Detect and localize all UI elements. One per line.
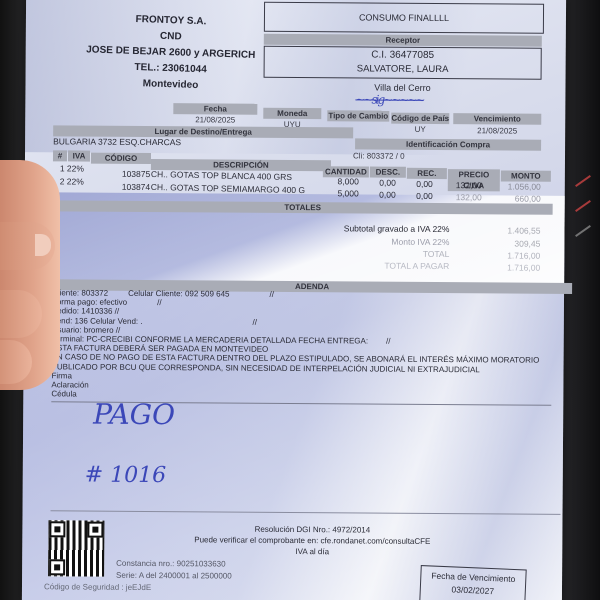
invoice-document: FRONTOY S.A. CND JOSE DE BEJAR 2600 y AR… — [22, 0, 566, 600]
vencimiento-label: Vencimiento — [453, 113, 541, 125]
adenda-sep: // — [253, 317, 258, 326]
adenda-sep: // — [269, 290, 274, 299]
totales-header: TOTALES — [53, 200, 553, 214]
col-header-n: # — [53, 150, 67, 161]
row-monto: 660,00 — [501, 193, 541, 203]
row-cantidad: 8,000 — [323, 176, 359, 186]
vencimiento-value: 21/08/2025 — [453, 126, 541, 136]
receptor-header: Receptor — [264, 34, 542, 47]
issuer-block: FRONTOY S.A. CND JOSE DE BEJAR 2600 y AR… — [65, 12, 276, 93]
fecha-value: 21/08/2025 — [173, 115, 257, 125]
signature-scribble: ~~sig~~~~~ — [355, 92, 423, 106]
adenda-sep: // — [386, 337, 391, 346]
fecha-vencimiento-label: Fecha de Vencimiento — [421, 570, 525, 584]
row-descripcion: CH.. GOTAS TOP SEMIAMARGO 400 G — [151, 182, 305, 195]
footer-divider — [51, 510, 561, 515]
compra-value: Cli: 803372 / 0 — [353, 151, 405, 160]
row-codigo: 103874 — [122, 182, 150, 192]
row-desc: 0,00 — [370, 178, 396, 188]
codigo-pais-label: Código de País — [391, 113, 449, 124]
fecha-vencimiento-value: 03/02/2027 — [421, 583, 525, 597]
adenda-sep: // — [157, 298, 162, 307]
codigo-pais-value: UY — [391, 125, 449, 134]
fecha-label: Fecha — [173, 103, 257, 115]
total-a-pagar-label: TOTAL A PAGAR — [264, 260, 449, 271]
row-precio: 132,00 — [448, 180, 482, 190]
footer-iva: IVA al día — [122, 545, 502, 559]
subtotal-label: Subtotal gravado a IVA 22% — [264, 223, 449, 234]
finger — [0, 222, 55, 270]
row-precio: 132,00 — [448, 192, 482, 202]
row-iva: 22% — [67, 163, 84, 173]
receptor-box: C.I. 36477085 SALVATORE, LAURA — [264, 46, 542, 80]
col-header-rec: REC. — [407, 168, 447, 179]
row-descripcion: CH.. GOTAS TOP BLANCA 400 GRS — [151, 169, 292, 182]
invoice-paper: FRONTOY S.A. CND JOSE DE BEJAR 2600 y AR… — [22, 0, 566, 600]
row-monto: 1.056,00 — [501, 181, 541, 191]
total-label: TOTAL — [264, 248, 449, 259]
monto-iva-value: 309,45 — [464, 238, 540, 249]
adenda-celular-cliente: Celular Cliente: 092 509 645 — [128, 289, 229, 299]
row-rec: 0,00 — [407, 179, 433, 189]
footer-codigo-seguridad: Código de Seguridad : jeEJdE — [44, 582, 151, 592]
destino-value: BULGARIA 3732 ESQ.CHARCAS — [53, 136, 181, 147]
col-header-monto: MONTO — [501, 170, 551, 181]
row-n: 2 — [60, 176, 65, 186]
tipo-cambio-label: Tipo de Cambio — [327, 110, 389, 121]
subtotal-value: 1.406,55 — [464, 225, 540, 236]
total-value: 1.716,00 — [464, 250, 540, 261]
gauge-tick-icon — [575, 175, 591, 187]
row-cantidad: 5,000 — [323, 188, 359, 198]
col-header-iva: IVA — [68, 150, 90, 161]
doc-type-box: CONSUMO FINALLLL — [264, 2, 544, 34]
gauge-tick-icon — [575, 225, 591, 237]
receptor-name: SALVATORE, LAURA — [265, 63, 541, 76]
row-rec: 0,00 — [407, 191, 433, 201]
adenda-vend: Vend: 136 Celular Vend: . — [52, 316, 143, 326]
adenda-cliente: Cliente: 803372 — [52, 288, 108, 297]
row-iva: 22% — [67, 176, 84, 186]
handwritten-pago: PAGO — [93, 398, 175, 432]
fecha-vencimiento-box: Fecha de Vencimiento 03/02/2027 — [419, 565, 526, 600]
row-n: 1 — [60, 163, 65, 173]
footer-constancia: Constancia nro.: 90251033630 — [116, 559, 225, 569]
total-a-pagar-value: 1.716,00 — [464, 262, 540, 273]
adenda-forma-pago: Forma pago: efectivo — [52, 298, 127, 308]
row-codigo: 103875 — [122, 169, 150, 179]
receptor-ci: C.I. 36477085 — [265, 49, 541, 62]
adenda-body: Cliente: 803372Celular Cliente: 092 509 … — [51, 288, 540, 402]
doc-type: CONSUMO FINALLLL — [265, 12, 543, 24]
handwritten-number: # 1016 — [85, 463, 167, 489]
moneda-label: Moneda — [263, 108, 321, 119]
footer-serie: Serie: A del 2400001 al 2500000 — [116, 571, 232, 581]
monto-iva-label: Monto IVA 22% — [264, 236, 449, 247]
compra-label: Identificación Compra — [355, 138, 541, 150]
col-header-codigo: CÓDIGO — [91, 153, 151, 164]
row-desc: 0,00 — [370, 190, 396, 200]
gauge-tick-icon — [575, 200, 591, 212]
qr-code[interactable] — [48, 520, 104, 576]
footer-center: Resolución DGI Nro.: 4972/2014 Puede ver… — [122, 523, 502, 559]
col-header-desc: DESC. — [370, 167, 406, 178]
